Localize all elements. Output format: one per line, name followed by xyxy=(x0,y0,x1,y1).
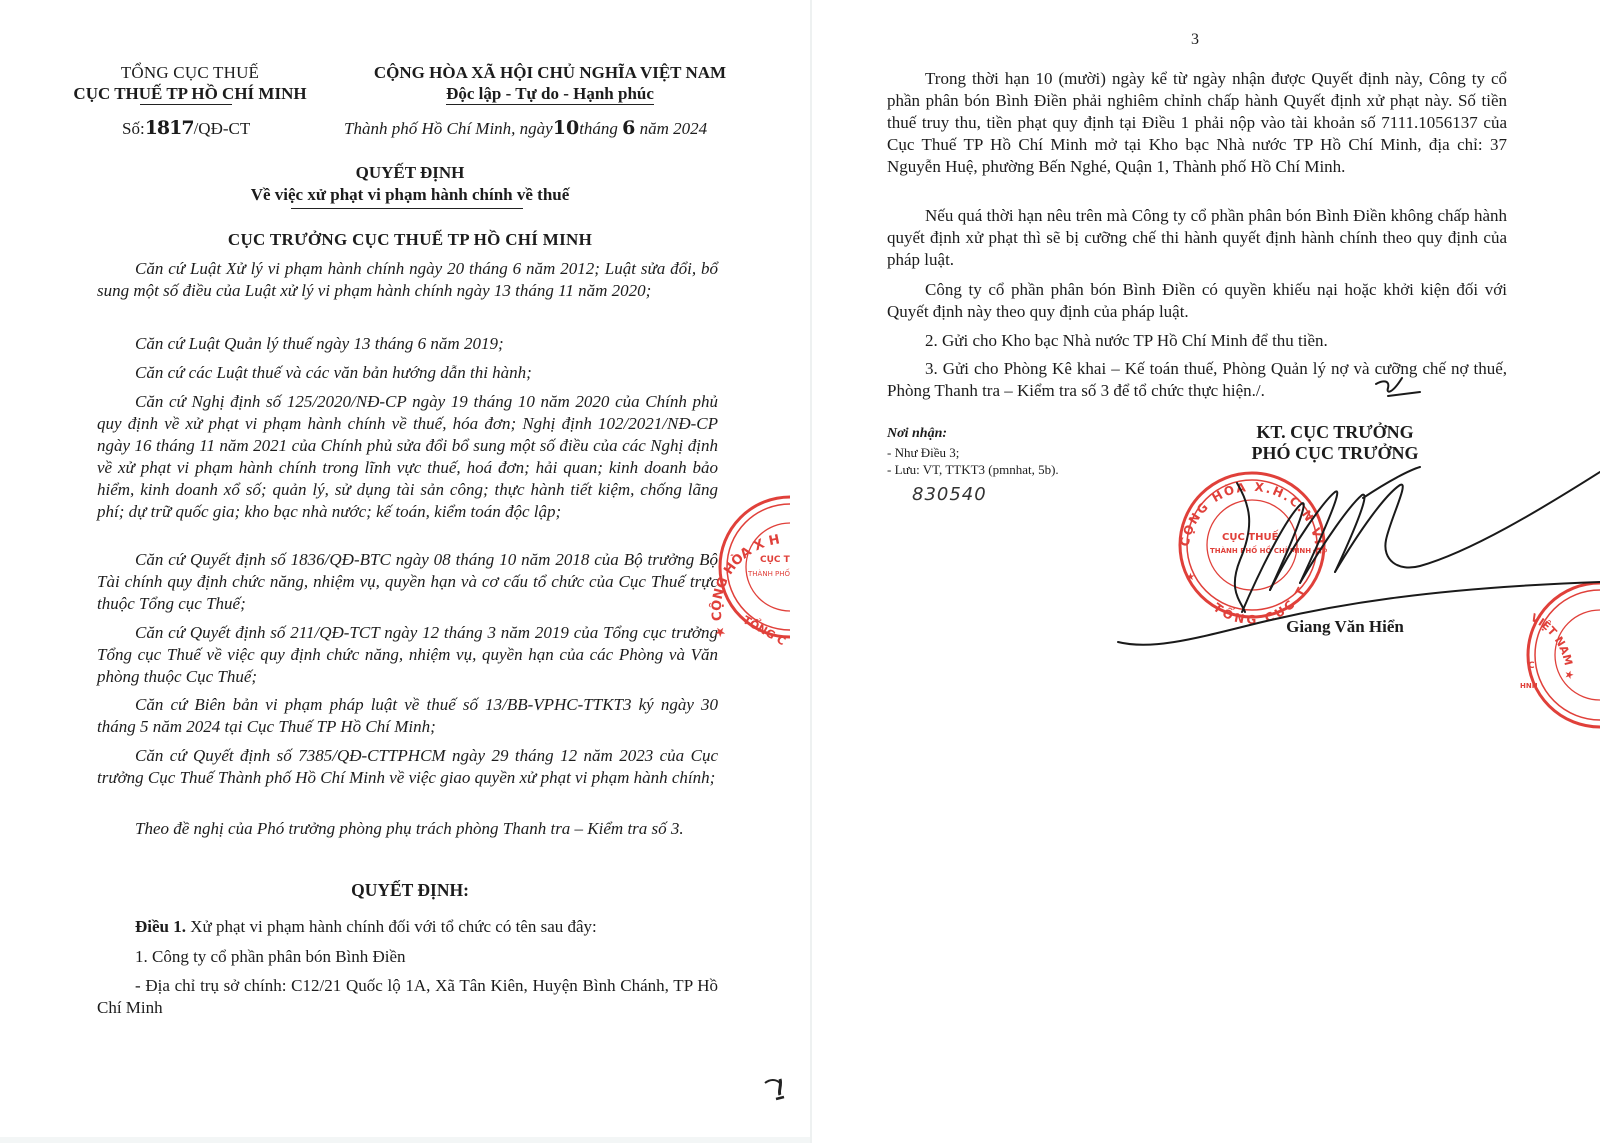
document-number-prefix: Số: xyxy=(122,119,145,138)
legal-basis-3: Căn cứ các Luật thuế và các văn bản hướn… xyxy=(97,362,718,384)
decision-heading: QUYẾT ĐỊNH: xyxy=(60,880,760,901)
recipient-item: - Lưu: VT, TTKT3 (pmnhat, 5b). xyxy=(887,462,1059,478)
svg-text:TỔNG C: TỔNG C xyxy=(741,612,789,648)
month-label: tháng xyxy=(579,119,618,138)
national-motto: Độc lập - Tự do - Hạnh phúc xyxy=(345,84,755,104)
document-number-suffix: /QĐ-CT xyxy=(194,119,251,138)
recipients-title: Nơi nhận: xyxy=(887,426,947,442)
document-number-handwritten: 1817 xyxy=(145,117,194,139)
signatory-role-2: PHÓ CỤC TRƯỞNG xyxy=(1180,443,1490,464)
day-handwritten: 10 xyxy=(553,117,579,139)
legal-basis-7: Căn cứ Biên bản vi phạm pháp luật về thu… xyxy=(97,694,718,738)
page-number: 3 xyxy=(1180,31,1210,49)
send-departments-item: 3. Gửi cho Phòng Kê khai – Kế toán thuế,… xyxy=(887,358,1507,402)
place-date-prefix: Thành phố Hồ Chí Minh, ngày xyxy=(344,119,553,138)
agency-underline xyxy=(140,104,232,105)
national-motto-text: Độc lập - Tự do - Hạnh phúc xyxy=(446,84,654,105)
svg-text:THÀNH PHỐ: THÀNH PHỐ xyxy=(747,568,791,578)
subtitle-underline xyxy=(291,208,523,209)
document-subtitle: Về việc xử phạt vi phạm hành chính về th… xyxy=(60,185,760,205)
page-bottom-edge xyxy=(0,1137,810,1143)
compliance-paragraph: Trong thời hạn 10 (mười) ngày kể từ ngày… xyxy=(887,68,1507,178)
agency-name: CỤC THUẾ TP HỒ CHÍ MINH xyxy=(60,84,320,104)
organization-item: 1. Công ty cổ phần phân bón Bình Điền xyxy=(97,946,718,968)
organization-address: - Địa chỉ trụ sở chính: C12/21 Quốc lộ 1… xyxy=(97,975,718,1019)
signer-name: Giang Văn Hiển xyxy=(1240,617,1450,637)
handwritten-code: 830540 xyxy=(912,484,987,505)
nation-title: CỘNG HÒA XÃ HỘI CHỦ NGHĨA VIỆT NAM xyxy=(345,63,755,83)
document-page-left: TỔNG CỤC THUẾ CỤC THUẾ TP HỒ CHÍ MINH Số… xyxy=(0,0,810,1143)
document-number: Số:1817/QĐ-CT xyxy=(122,117,250,139)
appeal-paragraph: Công ty cổ phần phân bón Bình Điền có qu… xyxy=(887,279,1507,323)
article-1-text: Xử phạt vi phạm hành chính đối với tổ ch… xyxy=(186,917,597,936)
legal-basis-2: Căn cứ Luật Quản lý thuế ngày 13 tháng 6… xyxy=(97,333,718,355)
legal-basis-9: Theo đề nghị của Phó trưởng phòng phụ tr… xyxy=(97,818,718,840)
place-and-date: Thành phố Hồ Chí Minh, ngày10tháng 6 năm… xyxy=(344,117,707,139)
year-text: năm 2024 xyxy=(640,119,708,138)
article-1: Điều 1. Xử phạt vi phạm hành chính đối v… xyxy=(97,916,718,938)
legal-basis-5: Căn cứ Quyết định số 1836/QĐ-BTC ngày 08… xyxy=(97,549,718,615)
agency-parent: TỔNG CỤC THUẾ xyxy=(60,63,320,83)
article-1-label: Điều 1. xyxy=(135,917,186,936)
recipient-item: - Như Điều 3; xyxy=(887,445,959,461)
issuing-authority: CỤC TRƯỞNG CỤC THUẾ TP HỒ CHÍ MINH xyxy=(60,230,760,250)
legal-basis-6: Căn cứ Quyết định số 211/QĐ-TCT ngày 12 … xyxy=(97,622,718,688)
signatory-role-1: KT. CỤC TRƯỞNG xyxy=(1180,422,1490,443)
month-handwritten: 6 xyxy=(622,117,635,139)
svg-text:CỤC T: CỤC T xyxy=(760,555,791,565)
legal-basis-1: Căn cứ Luật Xử lý vi phạm hành chính ngà… xyxy=(97,258,718,302)
legal-basis-4: Căn cứ Nghị định số 125/2020/NĐ-CP ngày … xyxy=(97,391,718,523)
initials-mark-icon xyxy=(762,1075,792,1105)
svg-text:★ CỘNG HÒA X H: ★ CỘNG HÒA X H xyxy=(709,532,781,639)
legal-basis-8: Căn cứ Quyết định số 7385/QĐ-CTTPHCM ngà… xyxy=(97,745,718,789)
send-treasury-item: 2. Gửi cho Kho bạc Nhà nước TP Hồ Chí Mi… xyxy=(887,330,1507,352)
enforcement-paragraph: Nếu quá thời hạn nêu trên mà Công ty cổ … xyxy=(887,205,1507,271)
document-title: QUYẾT ĐỊNH xyxy=(60,163,760,183)
